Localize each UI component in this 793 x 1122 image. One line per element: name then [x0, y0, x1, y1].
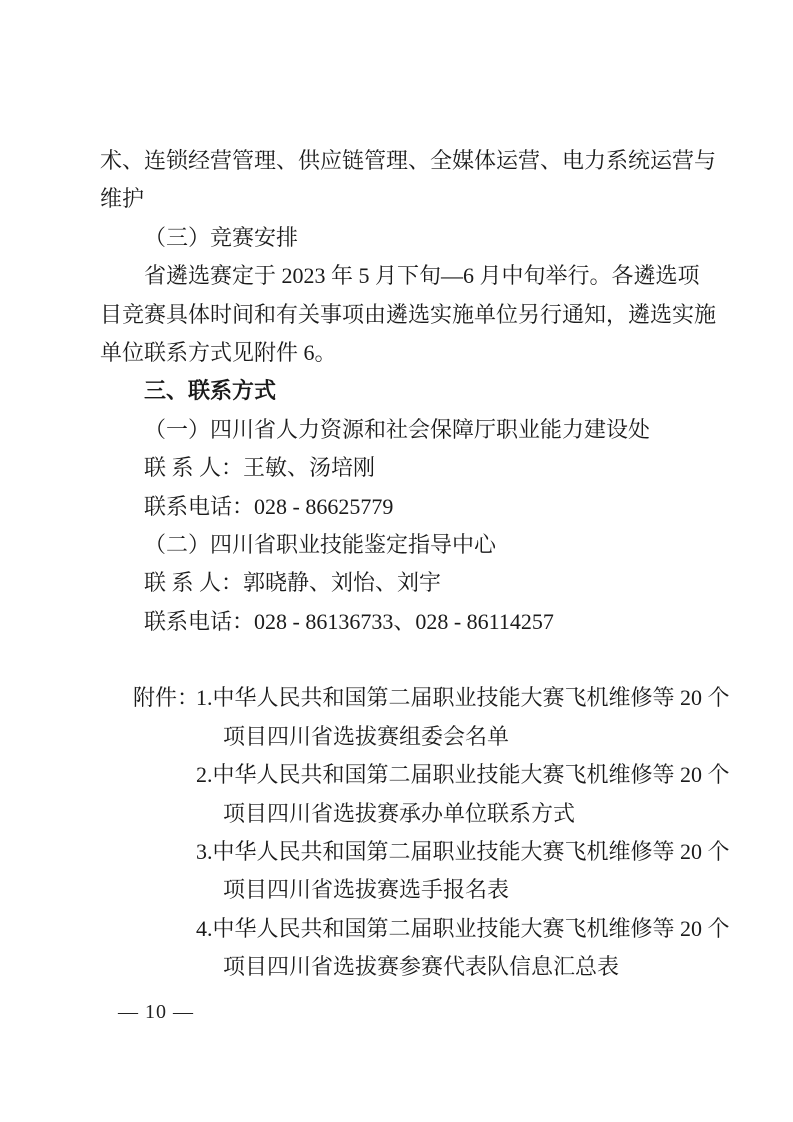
contact-phone-unit-1: 联系电话：028 - 86625779 [100, 488, 718, 526]
paragraph-schedule-line-2: 目竞赛具体时间和有关事项由遴选实施单位另行通知，遴选实施 [100, 296, 718, 334]
heading-contact-info: 三、联系方式 [100, 372, 718, 410]
attachment-item-2-line-2: 项目四川省选拔赛承办单位联系方式 [100, 795, 718, 833]
attachment-item-1-line-1: 附件： 1.中华人民共和国第二届职业技能大赛飞机维修等 20 个 [100, 679, 718, 717]
paragraph-projects-line-2: 维护 [100, 180, 718, 218]
contact-phone-unit-2: 联系电话：028 - 86136733、028 - 86114257 [100, 603, 718, 641]
attachment-item-3-line-1: 3.中华人民共和国第二届职业技能大赛飞机维修等 20 个 [100, 833, 718, 871]
attachments-label: 附件： [133, 679, 199, 717]
attachment-item-4-line-1: 4.中华人民共和国第二届职业技能大赛飞机维修等 20 个 [100, 910, 718, 948]
document-body: 术、连锁经营管理、供应链管理、全媒体运营、电力系统运营与 维护 （三）竞赛安排 … [100, 142, 718, 987]
paragraph-schedule-line-3: 单位联系方式见附件 6。 [100, 334, 718, 372]
heading-competition-arrangement: （三）竞赛安排 [100, 219, 718, 257]
attachment-item-4-line-2: 项目四川省选拔赛参赛代表队信息汇总表 [100, 948, 718, 986]
document-page: 术、连锁经营管理、供应链管理、全媒体运营、电力系统运营与 维护 （三）竞赛安排 … [0, 0, 793, 1122]
attachment-item-1-line-2: 项目四川省选拔赛组委会名单 [100, 718, 718, 756]
blank-line [100, 641, 718, 679]
attachment-item-3-line-2: 项目四川省选拔赛选手报名表 [100, 871, 718, 909]
page-number: — 10 — [118, 1001, 194, 1024]
attachment-item-2-line-1: 2.中华人民共和国第二届职业技能大赛飞机维修等 20 个 [100, 756, 718, 794]
attachment-item-1-title: 1.中华人民共和国第二届职业技能大赛飞机维修等 20 个 [196, 679, 730, 717]
contact-person-unit-1: 联 系 人：王敏、汤培刚 [100, 449, 718, 487]
subheading-contact-unit-1: （一）四川省人力资源和社会保障厅职业能力建设处 [100, 411, 718, 449]
paragraph-projects-line-1: 术、连锁经营管理、供应链管理、全媒体运营、电力系统运营与 [100, 142, 718, 180]
contact-person-unit-2: 联 系 人：郭晓静、刘怡、刘宇 [100, 564, 718, 602]
paragraph-schedule-line-1: 省遴选赛定于 2023 年 5 月下旬—6 月中旬举行。各遴选项 [100, 257, 718, 295]
subheading-contact-unit-2: （二）四川省职业技能鉴定指导中心 [100, 526, 718, 564]
